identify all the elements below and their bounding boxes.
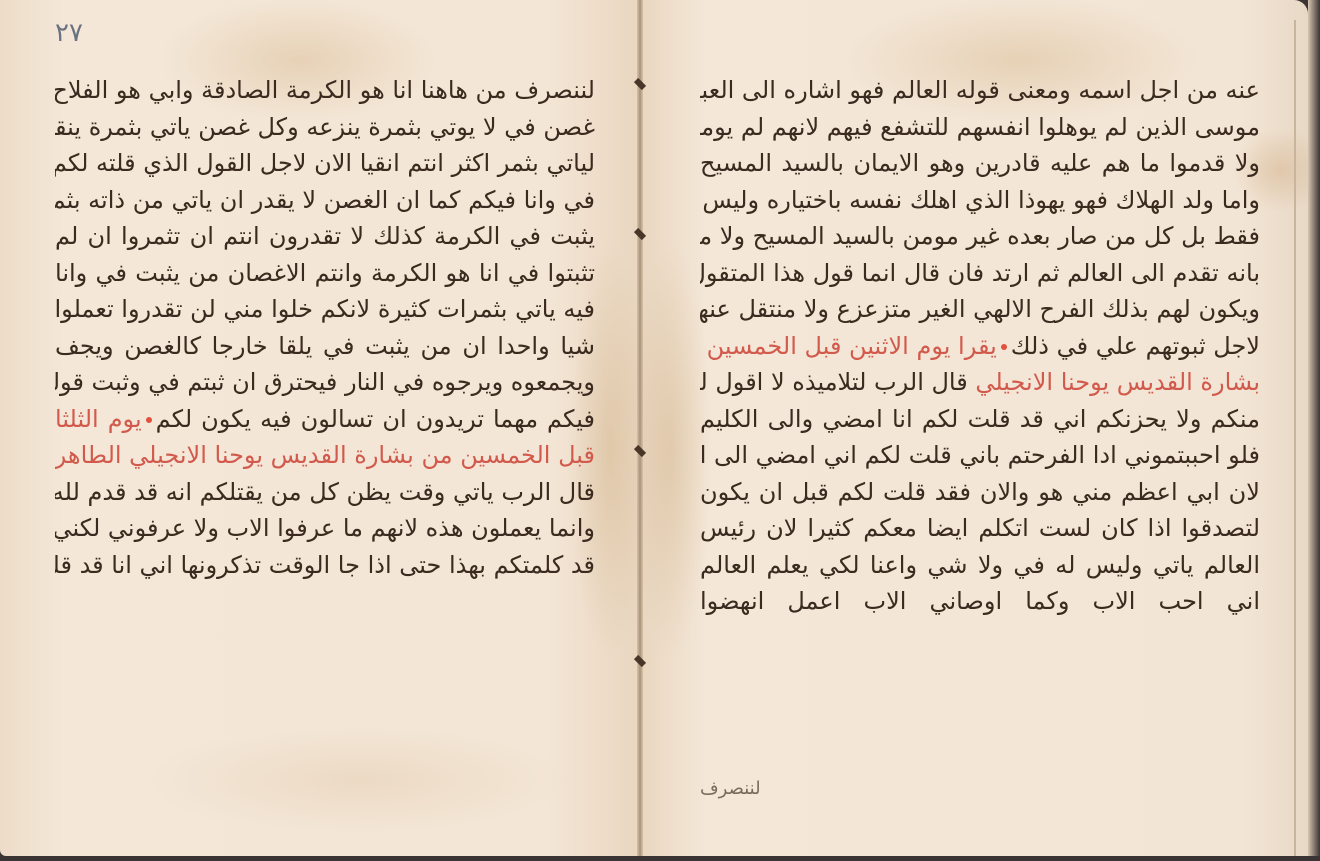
text-line: قال الرب ياتي وقت يظن كل من يقتلكم انه ق… <box>55 474 595 511</box>
line-text: بانه تقدم الى العالم ثم ارتد فان قال انم… <box>700 259 1260 287</box>
line-text: فقط بل كل من صار بعده غير مومن بالسيد ال… <box>700 222 1260 250</box>
line-text: في وانا فيكم كما ان الغصن لا يقدر ان يات… <box>55 186 595 214</box>
text-line: لاجل ثبوتهم علي في ذلكيقرا يوم الاثنين ق… <box>700 328 1260 365</box>
text-line: ويجمعوه ويرجوه في النار فيحترق ان ثبتم ف… <box>55 364 595 401</box>
right-page-text: عنه من اجل اسمه ومعنى قوله العالم فهو اش… <box>700 72 1260 620</box>
page-edge <box>1294 20 1296 856</box>
text-line: بانه تقدم الى العالم ثم ارتد فان قال انم… <box>700 255 1260 292</box>
line-text: العالم ياتي وليس له في ولا شي واعنا لكي … <box>700 551 1260 579</box>
line-text: موسى الذين لم يوهلوا انفسهم للتشفع فيهم … <box>700 113 1260 141</box>
line-text: قد كلمتكم بهذا حتى اذا جا الوقت تذكرونها… <box>55 551 595 579</box>
left-page: ٢٧ لننصرف من هاهنا انا هو الكرمة الصادقة… <box>0 0 640 856</box>
line-text: غصن في لا يوتي بثمرة ينزعه وكل غصن ياتي … <box>55 113 595 141</box>
text-line: فلو احببتموني ادا الفرحتم باني قلت لكم ا… <box>700 437 1260 474</box>
line-text: عنه من اجل اسمه ومعنى قوله العالم فهو اش… <box>700 76 1260 104</box>
text-line: ويكون لهم بذلك الفرح الالهي الغير متزعزع… <box>700 291 1260 328</box>
gutter-binding <box>637 0 643 861</box>
line-text: منكم ولا يحزنكم اني قد قلت لكم انا امضي … <box>700 405 1260 433</box>
book-edge <box>1308 0 1320 861</box>
text-line: موسى الذين لم يوهلوا انفسهم للتشفع فيهم … <box>700 109 1260 146</box>
text-line: اني احب الاب وكما اوصاني الاب اعمل انهضو… <box>700 583 1260 620</box>
manuscript-spread: ٢٧ لننصرف من هاهنا انا هو الكرمة الصادقة… <box>0 0 1320 861</box>
text-line: لان ابي اعظم مني هو والان فقد قلت لكم قب… <box>700 474 1260 511</box>
text-line: قد كلمتكم بهذا حتى اذا جا الوقت تذكرونها… <box>55 547 595 584</box>
line-text: شيا واحدا ان من يثبت في يلقا خارجا كالغص… <box>55 332 595 360</box>
line-text: ويكون لهم بذلك الفرح الالهي الغير متزعزع… <box>700 295 1260 323</box>
verse-marker-dot <box>146 417 152 423</box>
text-line: يثبت في الكرمة كذلك لا تقدرون انتم ان تث… <box>55 218 595 255</box>
text-line: تثبتوا في انا هو الكرمة وانتم الاغصان من… <box>55 255 595 292</box>
text-line: غصن في لا يوتي بثمرة ينزعه وكل غصن ياتي … <box>55 109 595 146</box>
rubric-text: يقرا يوم الاثنين قبل الخمسين من <box>700 332 997 360</box>
line-text: قال الرب ياتي وقت يظن كل من يقتلكم انه ق… <box>55 478 595 506</box>
line-text: يثبت في الكرمة كذلك لا تقدرون انتم ان تث… <box>55 222 595 250</box>
line-text-continued: قال الرب لتلاميذه لا اقول لكم <box>700 368 975 396</box>
background-bottom <box>0 856 1320 861</box>
text-line: لتصدقوا اذا كان لست اتكلم ايضا معكم كثير… <box>700 510 1260 547</box>
text-line: العالم ياتي وليس له في ولا شي واعنا لكي … <box>700 547 1260 584</box>
text-line: ولا قدموا ما هم عليه قادرين وهو الايمان … <box>700 145 1260 182</box>
line-text: لان ابي اعظم مني هو والان فقد قلت لكم قب… <box>700 478 1260 506</box>
text-line: واما ولد الهلاك فهو يهوذا الذي اهلك نفسه… <box>700 182 1260 219</box>
line-text: واما ولد الهلاك فهو يهوذا الذي اهلك نفسه… <box>700 186 1260 214</box>
text-line: فقط بل كل من صار بعده غير مومن بالسيد ال… <box>700 218 1260 255</box>
line-text: قبل الخمسين من بشارة القديس يوحنا الانجي… <box>55 441 595 469</box>
right-page: عنه من اجل اسمه ومعنى قوله العالم فهو اش… <box>640 0 1308 856</box>
line-text: لتصدقوا اذا كان لست اتكلم ايضا معكم كثير… <box>700 514 1260 542</box>
line-text: تثبتوا في انا هو الكرمة وانتم الاغصان من… <box>55 259 595 287</box>
line-text: ويجمعوه ويرجوه في النار فيحترق ان ثبتم ف… <box>55 368 595 396</box>
line-text: بشارة القديس يوحنا الانجيلي <box>975 368 1260 396</box>
line-text: لاجل ثبوتهم علي في ذلك <box>1011 332 1260 360</box>
text-line: منكم ولا يحزنكم اني قد قلت لكم انا امضي … <box>700 401 1260 438</box>
text-line: وانما يعملون هذه لانهم ما عرفوا الاب ولا… <box>55 510 595 547</box>
line-text: فيه ياتي بثمرات كثيرة لانكم خلوا مني لن … <box>55 295 595 323</box>
left-page-text: لننصرف من هاهنا انا هو الكرمة الصادقة وا… <box>55 72 595 583</box>
line-text: فلو احببتموني ادا الفرحتم باني قلت لكم ا… <box>700 441 1260 469</box>
text-line: فيه ياتي بثمرات كثيرة لانكم خلوا مني لن … <box>55 291 595 328</box>
rubric-text: يوم الثلثا <box>55 405 142 433</box>
text-line: لننصرف من هاهنا انا هو الكرمة الصادقة وا… <box>55 72 595 109</box>
line-text: فيكم مهما تريدون ان تسالون فيه يكون لكم <box>156 405 595 433</box>
line-text: اني احب الاب وكما اوصاني الاب اعمل انهضو… <box>700 587 1260 615</box>
text-line: قبل الخمسين من بشارة القديس يوحنا الانجي… <box>55 437 595 474</box>
line-text: لياتي بثمر اكثر انتم انقيا الان لاجل الق… <box>55 149 595 177</box>
text-line: في وانا فيكم كما ان الغصن لا يقدر ان يات… <box>55 182 595 219</box>
line-text: لننصرف من هاهنا انا هو الكرمة الصادقة وا… <box>55 76 595 104</box>
catchword: لننصرف <box>700 778 761 799</box>
line-text: وانما يعملون هذه لانهم ما عرفوا الاب ولا… <box>55 514 595 542</box>
text-line: عنه من اجل اسمه ومعنى قوله العالم فهو اش… <box>700 72 1260 109</box>
text-line: بشارة القديس يوحنا الانجيلي قال الرب لتل… <box>700 364 1260 401</box>
verse-marker-dot <box>1001 344 1007 350</box>
text-line: فيكم مهما تريدون ان تسالون فيه يكون لكمي… <box>55 401 595 438</box>
text-line: شيا واحدا ان من يثبت في يلقا خارجا كالغص… <box>55 328 595 365</box>
folio-number: ٢٧ <box>55 18 83 48</box>
line-text: ولا قدموا ما هم عليه قادرين وهو الايمان … <box>700 149 1260 177</box>
text-line: لياتي بثمر اكثر انتم انقيا الان لاجل الق… <box>55 145 595 182</box>
